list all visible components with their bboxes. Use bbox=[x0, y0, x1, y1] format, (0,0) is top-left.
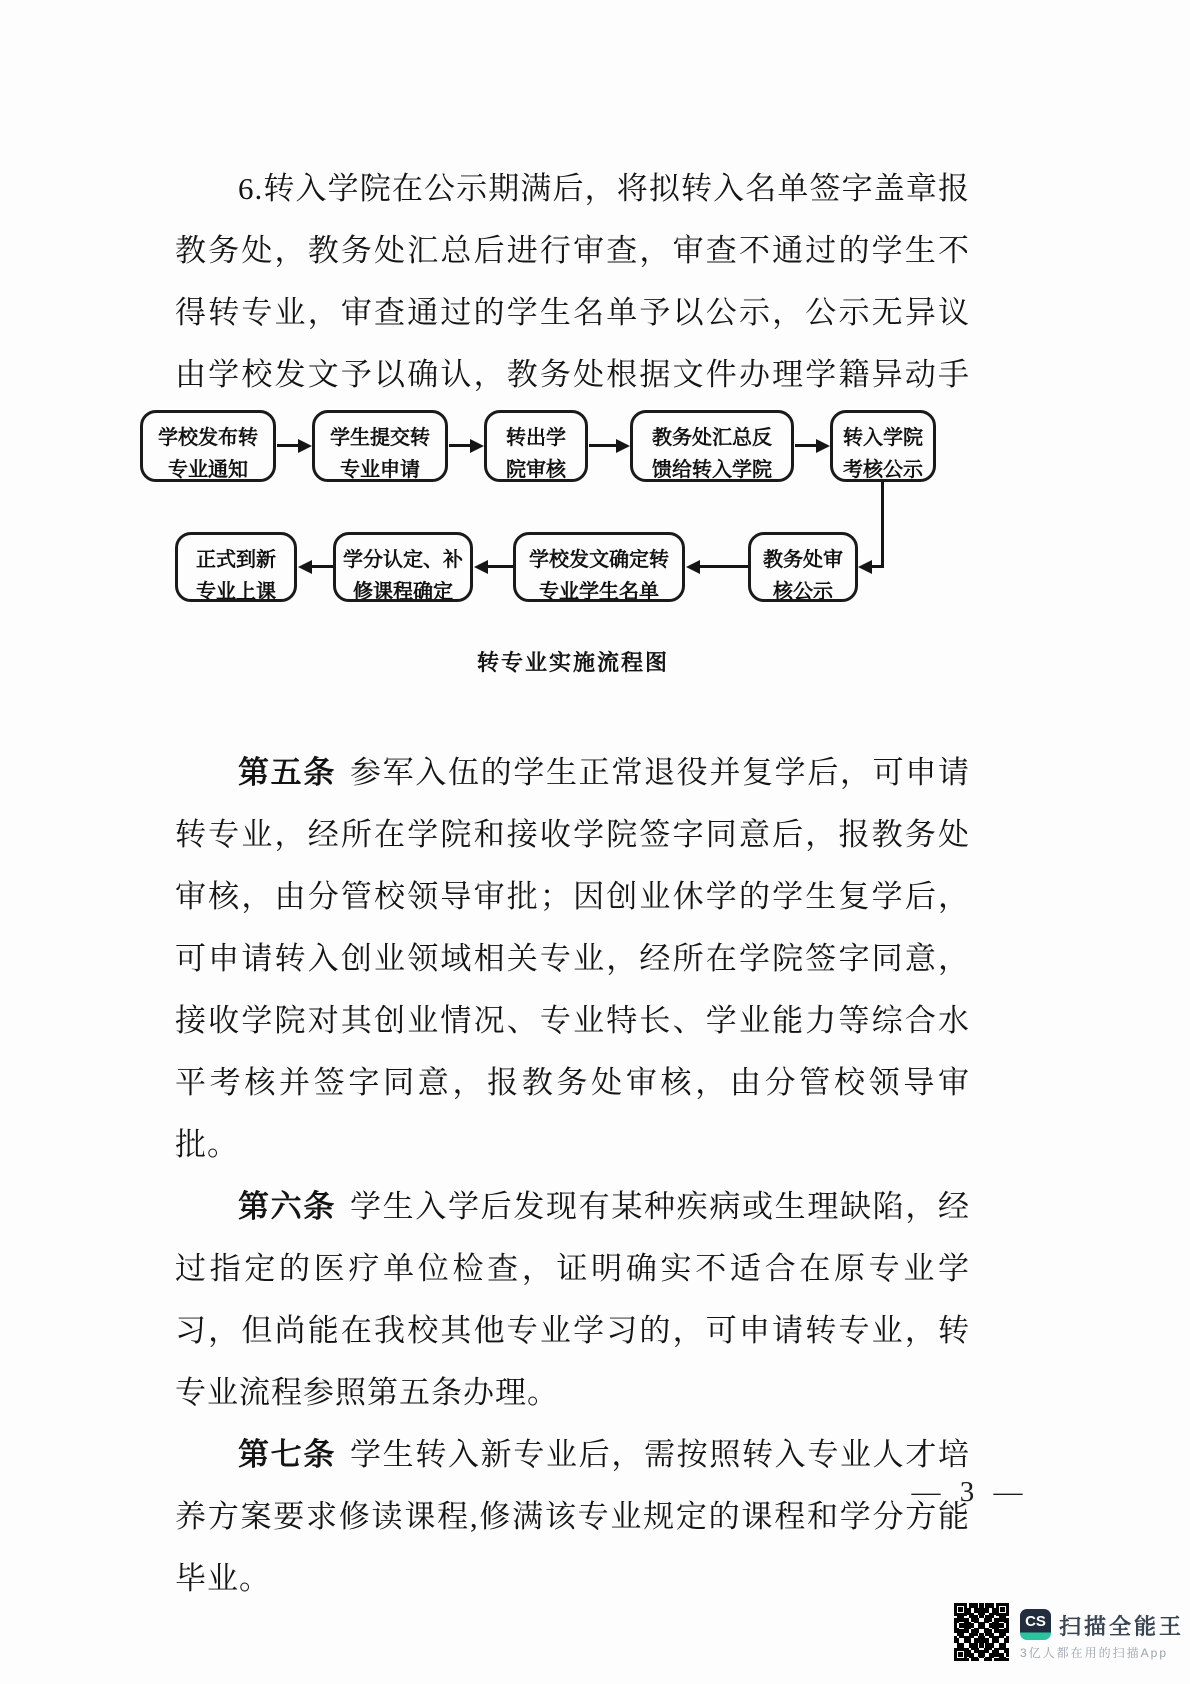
article-6-title: 第六条 bbox=[238, 1189, 336, 1224]
flowchart-caption: 转专业实施流程图 bbox=[175, 646, 971, 677]
flowchart-box-official-list: 学校发文确定转 专业学生名单 bbox=[513, 532, 685, 602]
arrow-left-icon bbox=[311, 565, 333, 568]
article-5-title: 第五条 bbox=[238, 755, 336, 790]
arrow-left-icon bbox=[699, 565, 748, 568]
flowchart-box-apply: 学生提交转 专业申请 bbox=[312, 410, 448, 482]
flowchart-box-out-review: 转出学 院审核 bbox=[484, 410, 588, 482]
article-7-title: 第七条 bbox=[238, 1437, 336, 1472]
scanner-app-tagline: 3亿人都在用的扫描App bbox=[1020, 1644, 1168, 1661]
flowchart-box-in-assess: 转入学院 考核公示 bbox=[830, 410, 936, 482]
qr-code bbox=[954, 1603, 1009, 1661]
article-5: 第五条参军入伍的学生正常退役并复学后，可申请转专业，经所在学院和接收学院签字同意… bbox=[175, 742, 970, 1176]
connector-line bbox=[881, 482, 884, 568]
flowchart-box-notice: 学校发布转 专业通知 bbox=[140, 410, 276, 482]
arrow-left-icon bbox=[871, 565, 884, 568]
arrow-right-icon bbox=[795, 444, 817, 447]
scanner-watermark: CS 扫描全能王 3亿人都在用的扫描App bbox=[952, 1598, 1182, 1670]
arrow-left-icon bbox=[487, 565, 513, 568]
flowchart-box-office-feedback: 教务处汇总反 馈给转入学院 bbox=[630, 410, 794, 482]
flowchart-box-attend-class: 正式到新 专业上课 bbox=[175, 532, 297, 602]
flowchart-box-credit: 学分认定、补 修课程确定 bbox=[333, 532, 473, 602]
scanned-document-page: 6.转入学院在公示期满后，将拟转入名单签字盖章报教务处，教务处汇总后进行审查，审… bbox=[0, 0, 1190, 1684]
arrow-right-icon bbox=[589, 444, 617, 447]
qr-finder-icon bbox=[996, 1603, 1009, 1616]
camscanner-logo-icon: CS bbox=[1020, 1609, 1051, 1640]
article-6: 第六条学生入学后发现有某种疾病或生理缺陷，经过指定的医疗单位检查，证明确实不适合… bbox=[175, 1176, 970, 1424]
articles-section: 第五条参军入伍的学生正常退役并复学后，可申请转专业，经所在学院和接收学院签字同意… bbox=[175, 742, 970, 1610]
article-5-body: 参军入伍的学生正常退役并复学后，可申请转专业，经所在学院和接收学院签字同意后，报… bbox=[175, 755, 970, 1162]
arrow-right-icon bbox=[449, 444, 471, 447]
qr-finder-icon bbox=[954, 1603, 967, 1616]
flowchart-box-office-publicity: 教务处审 核公示 bbox=[748, 532, 858, 602]
article-7: 第七条学生转入新专业后，需按照转入专业人才培养方案要求修读课程,修满该专业规定的… bbox=[175, 1424, 970, 1610]
page-number: — 3 — bbox=[905, 1476, 1035, 1509]
qr-finder-icon bbox=[954, 1648, 967, 1661]
arrow-right-icon bbox=[277, 444, 299, 447]
scanner-app-name: 扫描全能王 bbox=[1059, 1610, 1184, 1641]
